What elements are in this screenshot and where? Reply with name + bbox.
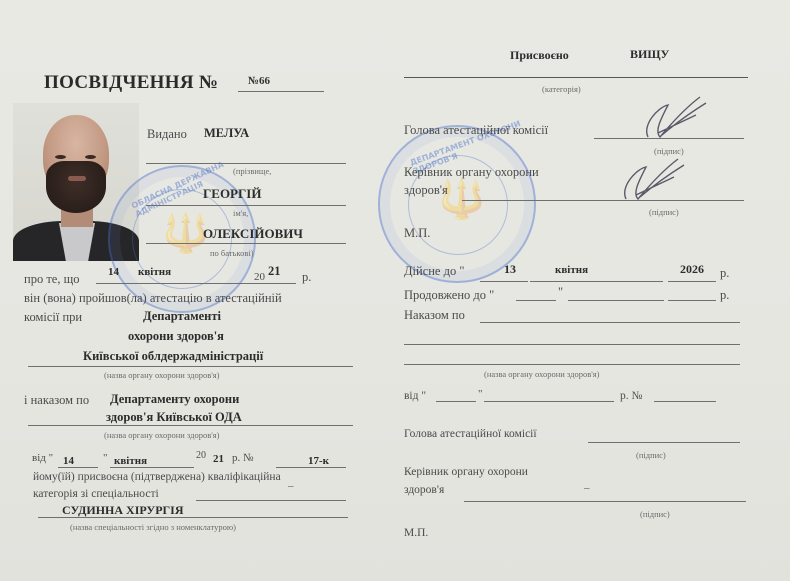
issued-label: Видано	[147, 127, 187, 142]
attestation-year-prefix: 20	[254, 271, 265, 283]
head-label-line2: здоров'я	[404, 183, 448, 198]
order-year: 21	[213, 453, 224, 465]
chair2-sign-caption: (підпис)	[636, 450, 666, 460]
attestation-day: 14	[108, 266, 119, 278]
head2-dash: –	[584, 482, 590, 494]
attestation-year: 21	[268, 264, 281, 279]
commission-label: комісії при	[24, 310, 82, 325]
order-label: і наказом по	[24, 393, 89, 408]
assigned-text: йому(їй) присвоєна (підтверджена) кваліф…	[33, 471, 281, 483]
order-number: 17-к	[308, 455, 329, 467]
valid-year-unit: р.	[720, 266, 729, 281]
order-day: 14	[63, 455, 74, 467]
document-title: ПОСВІДЧЕННЯ №	[44, 72, 218, 94]
category-label: категорія зі спеціальності	[33, 488, 159, 500]
extended-quote: "	[558, 285, 563, 300]
chair2-label: Голова атестаційної комісії	[404, 428, 537, 440]
valid-until-label: Дійсне до "	[404, 264, 464, 279]
order-from-label: від "	[32, 452, 53, 464]
specialty-caption: (назва спеціальності згідно з номенклату…	[70, 522, 236, 532]
patronymic-caption: по батькові)	[210, 248, 254, 258]
head2-label-line1: Керівник органу охорони	[404, 466, 528, 478]
valid-month: квітня	[555, 264, 588, 276]
commission-org-line2: охорони здоров'я	[128, 329, 224, 344]
holder-surname: МЕЛУА	[204, 126, 249, 141]
order-year-prefix: 20	[196, 450, 206, 461]
order-org-line1: Департаменту охорони	[110, 392, 239, 407]
assigned-label: Присвоєно	[510, 48, 569, 63]
order-month: квітня	[114, 455, 147, 467]
commission-org-line3: Київської облдержадміністрації	[83, 349, 263, 364]
attestation-month: квітня	[138, 266, 171, 278]
about-label: про те, що	[24, 272, 79, 287]
order-from-quote-right: "	[478, 388, 483, 400]
holder-first-name: ГЕОРГІЙ	[203, 186, 261, 202]
passed-text: він (вона) пройшов(ла) атестацію в атест…	[24, 291, 282, 306]
commission-org-caption: (назва органу охорони здоров'я)	[104, 370, 220, 380]
valid-day: 13	[504, 262, 516, 277]
stamp2-place-label: М.П.	[404, 527, 428, 539]
order-org-line2: здоров'я Київської ОДА	[106, 410, 242, 425]
category-dash: –	[288, 480, 294, 492]
head-label-line1: Керівник органу охорони	[404, 165, 539, 180]
order-by-label: Наказом по	[404, 308, 465, 323]
head-sign-caption: (підпис)	[649, 207, 679, 217]
head-signature	[620, 155, 690, 205]
commission-org-line1: Департаменті	[143, 309, 221, 324]
extended-until-label: Продовжено до "	[404, 288, 494, 303]
head2-sign-caption: (підпис)	[640, 509, 670, 519]
head2-label-line2: здоров'я	[404, 484, 444, 496]
year-unit: р.	[302, 270, 311, 285]
order-from-label-right: від "	[404, 390, 426, 402]
order-no-label: р. №	[232, 452, 254, 464]
order-no-label-right: р. №	[620, 390, 642, 402]
assigned-category: ВИЩУ	[630, 47, 669, 62]
valid-year: 2026	[680, 262, 704, 277]
chair-label: Голова атестаційної комісії	[404, 123, 548, 138]
certificate-page: ПОСВІДЧЕННЯ № №66 🔱 ОБЛАСНА ДЕРЖАВНА АДМ…	[0, 0, 790, 581]
specialty-name: СУДИННА ХІРУРГІЯ	[62, 503, 184, 518]
first-name-caption: ім'я,	[233, 208, 248, 218]
order-org-caption: (назва органу охорони здоров'я)	[104, 430, 220, 440]
official-stamp-right: 🔱 ДЕПАРТАМЕНТ ОХОРОНИ ЗДОРОВ'Я	[378, 125, 536, 283]
surname-caption: (прізвище,	[233, 166, 271, 176]
document-number: №66	[248, 75, 270, 87]
extended-year-unit: р.	[720, 288, 729, 303]
chair-signature	[640, 95, 710, 145]
holder-patronymic: ОЛЕКСІЙОВИЧ	[203, 226, 303, 242]
order-from-quote: "	[103, 452, 108, 464]
order-org-caption-right: (назва органу охорони здоров'я)	[484, 369, 600, 379]
category-caption: (категорія)	[542, 84, 581, 94]
stamp-place-label: М.П.	[404, 226, 430, 241]
